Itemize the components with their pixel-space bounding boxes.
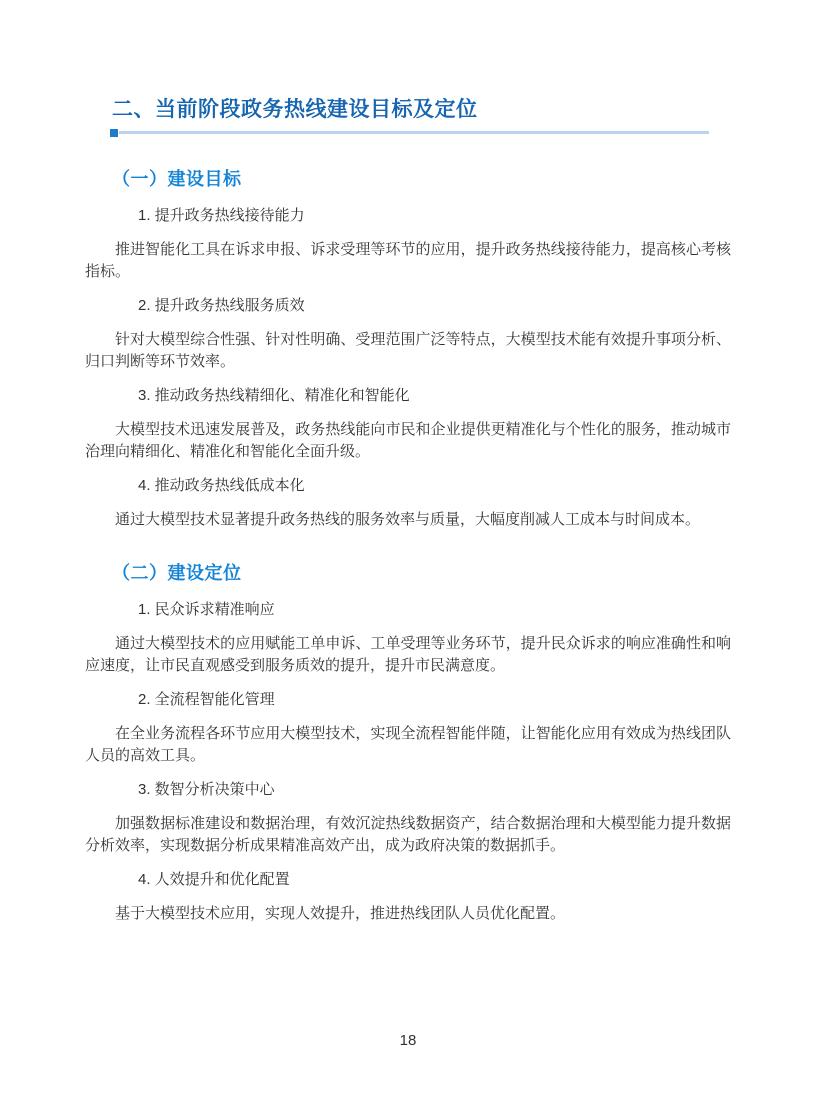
page-content: 二、当前阶段政务热线建设目标及定位 （一）建设目标 1. 提升政务热线接待能力 … bbox=[85, 0, 731, 925]
item-heading: 3. 数智分析决策中心 bbox=[85, 779, 731, 801]
chapter-title: 二、当前阶段政务热线建设目标及定位 bbox=[112, 97, 731, 122]
item-heading: 4. 推动政务热线低成本化 bbox=[85, 475, 731, 497]
item-heading: 1. 民众诉求精准响应 bbox=[85, 599, 731, 621]
item-heading: 4. 人效提升和优化配置 bbox=[85, 869, 731, 891]
item-paragraph: 通过大模型技术显著提升政务热线的服务效率与质量，大幅度削减人工成本与时间成本。 bbox=[85, 509, 731, 531]
item-paragraph: 针对大模型综合性强、针对性明确、受理范围广泛等特点，大模型技术能有效提升事项分析… bbox=[85, 329, 731, 373]
title-underline bbox=[110, 129, 709, 137]
section-construction-positioning: （二）建设定位 1. 民众诉求精准响应 通过大模型技术的应用赋能工单申诉、工单受… bbox=[85, 561, 731, 925]
item-paragraph: 推进智能化工具在诉求申报、诉求受理等环节的应用，提升政务热线接待能力，提高核心考… bbox=[85, 239, 731, 283]
section-construction-goals: （一）建设目标 1. 提升政务热线接待能力 推进智能化工具在诉求申报、诉求受理等… bbox=[85, 167, 731, 531]
item-paragraph: 大模型技术迅速发展普及，政务热线能向市民和企业提供更精准化与个性化的服务，推动城… bbox=[85, 419, 731, 463]
item-heading: 3. 推动政务热线精细化、精准化和智能化 bbox=[85, 385, 731, 407]
document-page: 二、当前阶段政务热线建设目标及定位 （一）建设目标 1. 提升政务热线接待能力 … bbox=[0, 0, 816, 1099]
item-paragraph: 加强数据标准建设和数据治理，有效沉淀热线数据资产，结合数据治理和大模型能力提升数… bbox=[85, 813, 731, 857]
item-paragraph: 在全业务流程各环节应用大模型技术，实现全流程智能伴随，让智能化应用有效成为热线团… bbox=[85, 723, 731, 767]
rule-square-decoration bbox=[110, 129, 118, 137]
item-paragraph: 通过大模型技术的应用赋能工单申诉、工单受理等业务环节，提升民众诉求的响应准确性和… bbox=[85, 633, 731, 677]
item-heading: 2. 提升政务热线服务质效 bbox=[85, 295, 731, 317]
section-heading: （一）建设目标 bbox=[112, 167, 731, 191]
section-heading: （二）建设定位 bbox=[112, 561, 731, 585]
page-number: 18 bbox=[0, 1031, 816, 1051]
item-heading: 1. 提升政务热线接待能力 bbox=[85, 205, 731, 227]
rule-line-decoration bbox=[119, 131, 709, 134]
item-heading: 2. 全流程智能化管理 bbox=[85, 689, 731, 711]
item-paragraph: 基于大模型技术应用，实现人效提升，推进热线团队人员优化配置。 bbox=[85, 903, 731, 925]
